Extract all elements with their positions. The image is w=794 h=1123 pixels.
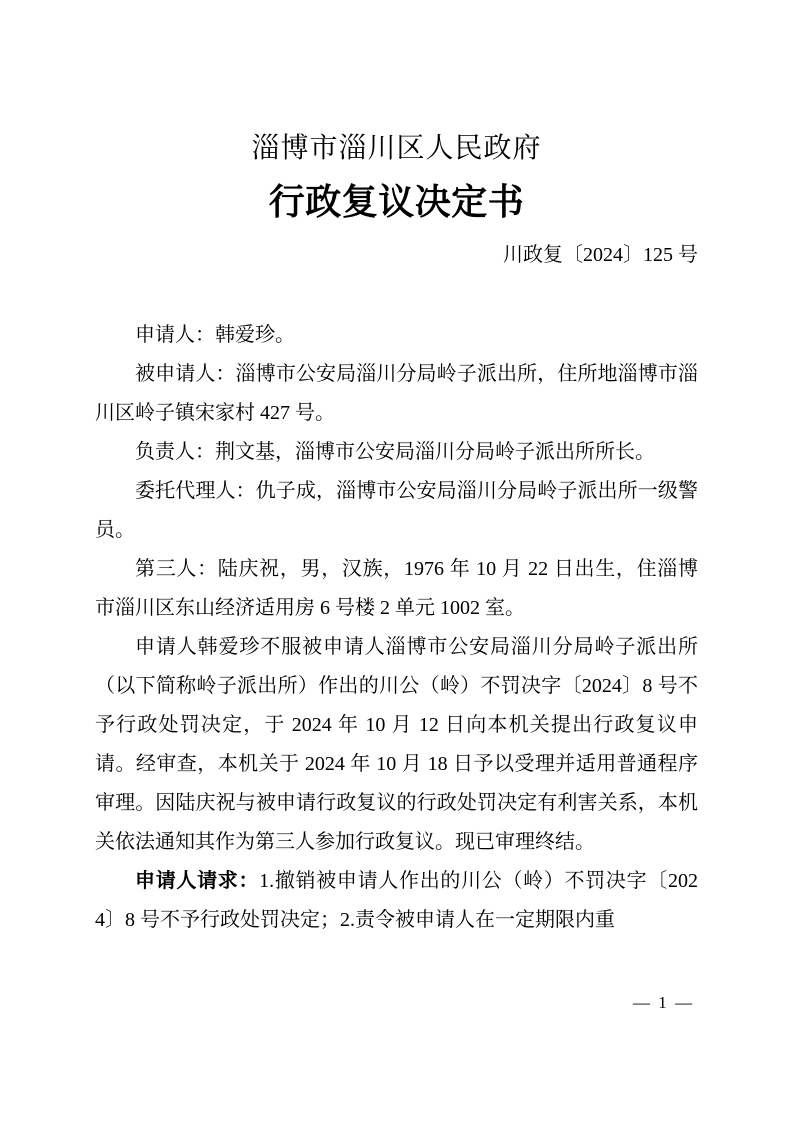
body-paragraph: 负责人：荆文基，淄博市公安局淄川分局岭子派出所所长。 xyxy=(95,433,698,472)
paragraph-text: 第三人：陆庆祝，男，汉族，1976 年 10 月 22 日出生，住淄博市淄川区东… xyxy=(95,558,698,619)
paragraph-text: 申请人韩爱珍不服被申请人淄博市公安局淄川分局岭子派出所（以下简称岭子派出所）作出… xyxy=(95,636,698,853)
body-paragraph: 委托代理人：仇子成，淄博市公安局淄川分局岭子派出所一级警员。 xyxy=(95,472,698,550)
body-paragraph: 第三人：陆庆祝，男，汉族，1976 年 10 月 22 日出生，住淄博市淄川区东… xyxy=(95,550,698,628)
paragraph-text: 委托代理人：仇子成，淄博市公安局淄川分局岭子派出所一级警员。 xyxy=(95,480,698,541)
document-page: 淄博市淄川区人民政府 行政复议决定书 川政复〔2024〕125 号 申请人：韩爱… xyxy=(0,0,794,1123)
paragraph-bold-lead: 申请人请求： xyxy=(135,870,259,892)
body-paragraph: 申请人请求：1.撤销被申请人作出的川公（岭）不罚决字〔2024〕8 号不予行政处… xyxy=(95,862,698,940)
doc-number: 川政复〔2024〕125 号 xyxy=(95,242,698,268)
document-body: 申请人：韩爱珍。 被申请人：淄博市公安局淄川分局岭子派出所，住所地淄博市淄川区岭… xyxy=(95,316,698,940)
paragraph-text: 负责人：荆文基，淄博市公安局淄川分局岭子派出所所长。 xyxy=(135,441,655,463)
paragraph-text: 申请人：韩爱珍。 xyxy=(135,324,295,346)
paragraph-text: 被申请人：淄博市公安局淄川分局岭子派出所，住所地淄博市淄川区岭子镇宋家村 427… xyxy=(95,363,698,424)
body-paragraph: 申请人：韩爱珍。 xyxy=(95,316,698,355)
org-title: 淄博市淄川区人民政府 xyxy=(95,132,698,166)
body-paragraph: 被申请人：淄博市公安局淄川分局岭子派出所，住所地淄博市淄川区岭子镇宋家村 427… xyxy=(95,355,698,433)
doc-title: 行政复议决定书 xyxy=(95,180,698,224)
page-number: — 1 — xyxy=(633,992,694,1014)
body-paragraph: 申请人韩爱珍不服被申请人淄博市公安局淄川分局岭子派出所（以下简称岭子派出所）作出… xyxy=(95,628,698,862)
